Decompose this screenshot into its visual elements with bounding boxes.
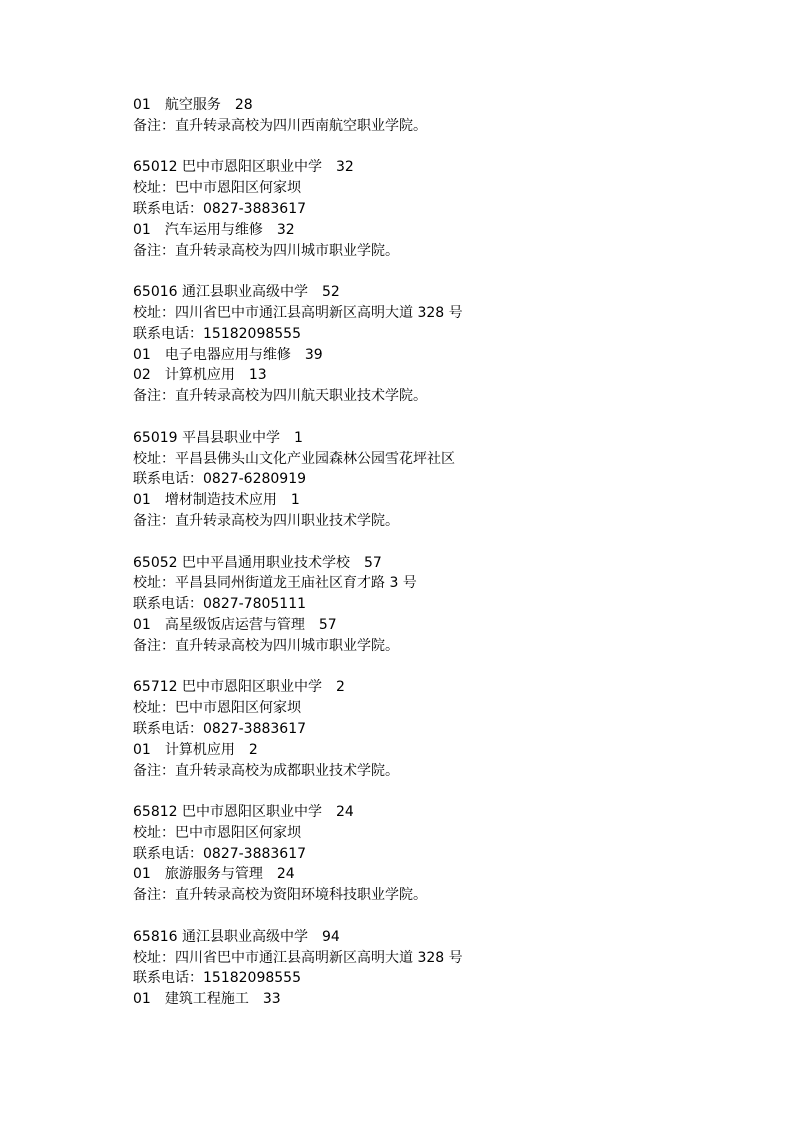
phone-line: 联系电话：15182098555 <box>133 968 693 989</box>
phone-line: 联系电话：0827-3883617 <box>133 719 693 740</box>
major-line: 01 增材制造技术应用 1 <box>133 490 693 511</box>
school-entry-65816: 65816 通江县职业高级中学 94 校址：四川省巴中市通江县高明新区高明大道 … <box>133 927 693 1010</box>
school-entry-65812: 65812 巴中市恩阳区职业中学 24 校址：巴中市恩阳区何家坝 联系电话：08… <box>133 802 693 906</box>
address-line: 校址：平昌县同州街道龙王庙社区育才路 3 号 <box>133 573 693 594</box>
address-line: 校址：巴中市恩阳区何家坝 <box>133 698 693 719</box>
note-line: 备注：直升转录高校为四川航天职业技术学院。 <box>133 386 693 407</box>
address-line: 校址：巴中市恩阳区何家坝 <box>133 823 693 844</box>
major-line: 01 计算机应用 2 <box>133 740 693 761</box>
school-entry-65016: 65016 通江县职业高级中学 52 校址：四川省巴中市通江县高明新区高明大道 … <box>133 282 693 407</box>
major-line: 01 航空服务 28 <box>133 95 693 116</box>
major-line: 01 电子电器应用与维修 39 <box>133 345 693 366</box>
note-line: 备注：直升转录高校为资阳环境科技职业学院。 <box>133 885 693 906</box>
entry-block-continuation: 01 航空服务 28 备注：直升转录高校为四川西南航空职业学院。 <box>133 95 693 137</box>
major-line: 01 高星级饭店运营与管理 57 <box>133 615 693 636</box>
address-line: 校址：巴中市恩阳区何家坝 <box>133 178 693 199</box>
note-line: 备注：直升转录高校为四川西南航空职业学院。 <box>133 116 693 137</box>
note-line: 备注：直升转录高校为四川职业技术学院。 <box>133 511 693 532</box>
school-header-line: 65019 平昌县职业中学 1 <box>133 428 693 449</box>
note-line: 备注：直升转录高校为成都职业技术学院。 <box>133 761 693 782</box>
address-line: 校址：四川省巴中市通江县高明新区高明大道 328 号 <box>133 303 693 324</box>
major-line: 02 计算机应用 13 <box>133 365 693 386</box>
phone-line: 联系电话：15182098555 <box>133 324 693 345</box>
address-line: 校址：四川省巴中市通江县高明新区高明大道 328 号 <box>133 948 693 969</box>
school-header-line: 65812 巴中市恩阳区职业中学 24 <box>133 802 693 823</box>
document-page: 01 航空服务 28 备注：直升转录高校为四川西南航空职业学院。 65012 巴… <box>0 0 793 1122</box>
major-line: 01 旅游服务与管理 24 <box>133 864 693 885</box>
major-line: 01 建筑工程施工 33 <box>133 989 693 1010</box>
school-header-line: 65052 巴中平昌通用职业技术学校 57 <box>133 553 693 574</box>
school-header-line: 65016 通江县职业高级中学 52 <box>133 282 693 303</box>
phone-line: 联系电话：0827-7805111 <box>133 594 693 615</box>
school-entry-65712: 65712 巴中市恩阳区职业中学 2 校址：巴中市恩阳区何家坝 联系电话：082… <box>133 677 693 781</box>
note-line: 备注：直升转录高校为四川城市职业学院。 <box>133 241 693 262</box>
school-header-line: 65712 巴中市恩阳区职业中学 2 <box>133 677 693 698</box>
major-line: 01 汽车运用与维修 32 <box>133 220 693 241</box>
document-content: 01 航空服务 28 备注：直升转录高校为四川西南航空职业学院。 65012 巴… <box>133 95 693 1010</box>
school-header-line: 65816 通江县职业高级中学 94 <box>133 927 693 948</box>
address-line: 校址：平昌县佛头山文化产业园森林公园雪花坪社区 <box>133 449 693 470</box>
note-line: 备注：直升转录高校为四川城市职业学院。 <box>133 636 693 657</box>
school-header-line: 65012 巴中市恩阳区职业中学 32 <box>133 157 693 178</box>
school-entry-65012: 65012 巴中市恩阳区职业中学 32 校址：巴中市恩阳区何家坝 联系电话：08… <box>133 157 693 261</box>
phone-line: 联系电话：0827-6280919 <box>133 469 693 490</box>
phone-line: 联系电话：0827-3883617 <box>133 199 693 220</box>
phone-line: 联系电话：0827-3883617 <box>133 844 693 865</box>
school-entry-65019: 65019 平昌县职业中学 1 校址：平昌县佛头山文化产业园森林公园雪花坪社区 … <box>133 428 693 532</box>
school-entry-65052: 65052 巴中平昌通用职业技术学校 57 校址：平昌县同州街道龙王庙社区育才路… <box>133 553 693 657</box>
